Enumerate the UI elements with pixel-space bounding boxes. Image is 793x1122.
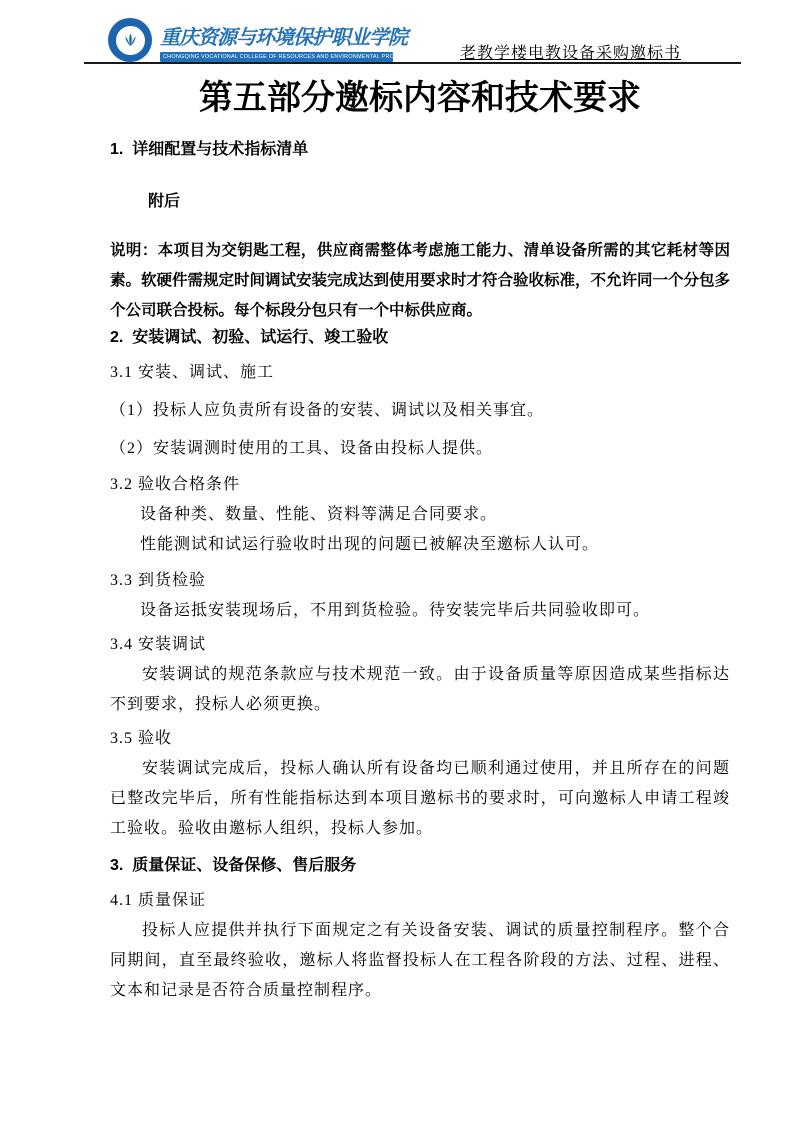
- clause-3-2-line-2: 性能测试和试运行验收时出现的问题已被解决至邀标人认可。: [140, 530, 730, 560]
- document-body: 第五部分邀标内容和技术要求 1. 详细配置与技术指标清单 附后 说明：本项目为交…: [110, 78, 730, 1006]
- clause-3-1-item-1: （1）投标人应负责所有设备的安装、调试以及相关事宜。: [110, 396, 730, 426]
- clause-3-1-item-2: （2）安装调测时使用的工具、设备由投标人提供。: [110, 434, 730, 464]
- clause-3-4-heading: 3.4 安装调试: [110, 630, 730, 660]
- college-name-english: CHONGQING VOCATIONAL COLLEGE OF RESOURCE…: [160, 52, 393, 62]
- clause-3-3-line: 设备运抵安装现场后，不用到货检验。待安装完毕后共同验收即可。: [140, 596, 730, 626]
- college-logo-emblem-center: [116, 26, 145, 55]
- clause-4-1-heading: 4.1 质量保证: [110, 886, 730, 916]
- page-header: 重庆资源与环境保护职业学院 CHONGQING VOCATIONAL COLLE…: [0, 0, 793, 66]
- hand-flame-glyph: [121, 31, 140, 50]
- project-note: 说明：本项目为交钥匙工程，供应商需整体考虑施工能力、清单设备所需的其它耗材等因素…: [110, 236, 730, 326]
- page-title: 第五部分邀标内容和技术要求: [110, 78, 730, 118]
- clause-3-1-heading: 3.1 安装、调试、施工: [110, 358, 730, 388]
- clause-4-1-paragraph: 投标人应提供并执行下面规定之有关设备安装、调试的质量控制程序。整个合同期间，直至…: [110, 916, 730, 1006]
- college-name-chinese: 重庆资源与环境保护职业学院: [160, 24, 400, 50]
- document-page: 重庆资源与环境保护职业学院 CHONGQING VOCATIONAL COLLE…: [0, 0, 793, 1122]
- clause-3-2-line-1: 设备种类、数量、性能、资料等满足合同要求。: [140, 500, 730, 530]
- clause-3-5-paragraph: 安装调试完成后，投标人确认所有设备均已顺利通过使用，并且所存在的问题已整改完毕后…: [110, 754, 730, 844]
- section-1-heading: 1. 详细配置与技术指标清单: [110, 138, 730, 162]
- clause-3-3-heading: 3.3 到货检验: [110, 566, 730, 596]
- header-doc-title: 老教学楼电教设备采购邀标书: [460, 40, 681, 63]
- clause-3-5-heading: 3.5 验收: [110, 724, 730, 754]
- college-logo-text: 重庆资源与环境保护职业学院 CHONGQING VOCATIONAL COLLE…: [160, 24, 400, 62]
- attachment-note: 附后: [148, 190, 730, 214]
- clause-3-4-paragraph: 安装调试的规范条款应与技术规范一致。由于设备质量等原因造成某些指标达不到要求，投…: [110, 660, 730, 720]
- college-logo-icon: [108, 18, 152, 62]
- header-divider: [84, 62, 741, 64]
- section-3-heading: 3. 质量保证、设备保修、售后服务: [110, 854, 730, 878]
- clause-3-2-heading: 3.2 验收合格条件: [110, 470, 730, 500]
- section-2-heading: 2. 安装调试、初验、试运行、竣工验收: [110, 326, 730, 350]
